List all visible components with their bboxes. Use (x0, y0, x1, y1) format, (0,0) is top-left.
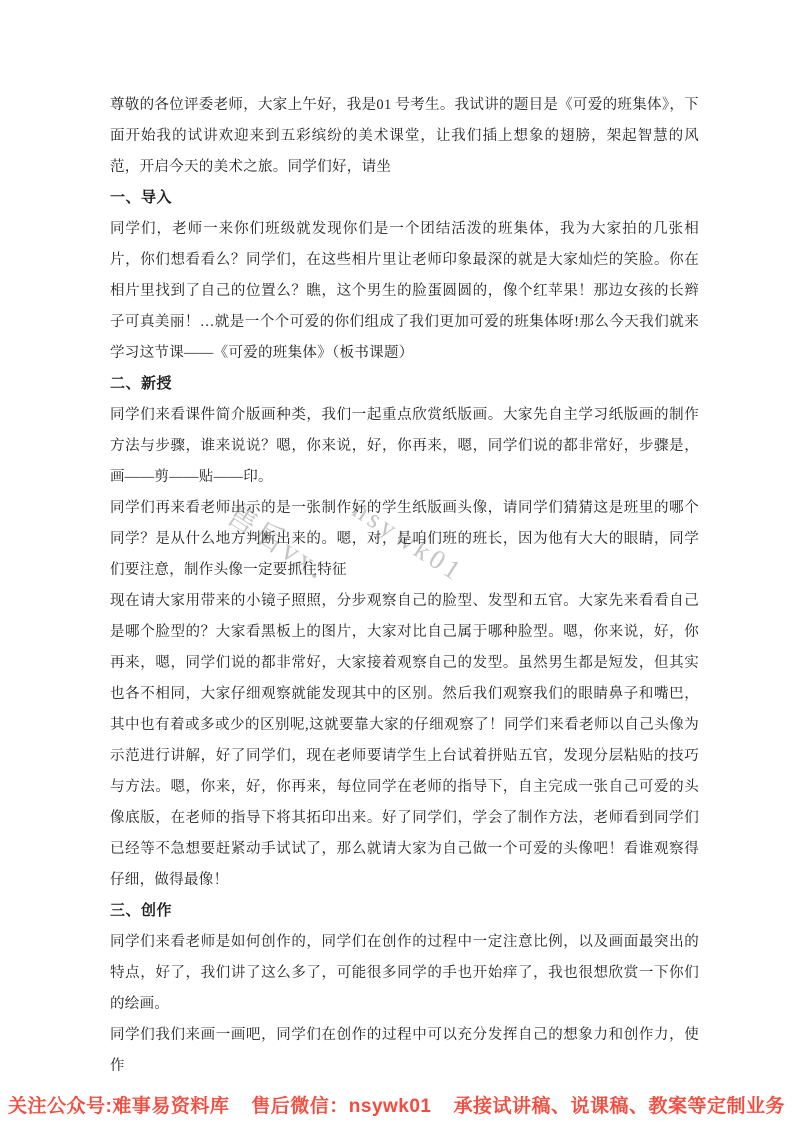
paragraph-mirror-observation: 现在请大家用带来的小镜子照照，分步观察自己的脸型、发型和五官。大家先来看看自己是… (110, 586, 699, 896)
promo-footer: 关注公众号:难事易资料库 售后微信：nsywk01 承接试讲稿、说课稿、教案等定… (8, 1091, 785, 1118)
footer-wechat-contact: 售后微信：nsywk01 (251, 1091, 431, 1118)
paragraph-guess-portrait: 同学们再来看老师出示的是一张制作好的学生纸版画头像，请同学们猜猜这是班里的哪个同… (110, 493, 699, 586)
footer-services: 承接试讲稿、说课稿、教案等定制业务 (453, 1091, 785, 1118)
document-page: 售后vx． nsywk01 尊敬的各位评委老师，大家上午好，我是01 号考生。我… (0, 0, 793, 1122)
heading-section-3-creation: 三、创作 (110, 896, 699, 927)
footer-official-account: 关注公众号:难事易资料库 (8, 1091, 229, 1118)
heading-section-2-new-lesson: 二、新授 (110, 369, 699, 400)
heading-section-1-import: 一、导入 (110, 183, 699, 214)
paragraph-creation-tips: 同学们来看老师是如何创作的，同学们在创作的过程中一定注意比例，以及画面最突出的特… (110, 927, 699, 1020)
paragraph-opening-greeting: 尊敬的各位评委老师，大家上午好，我是01 号考生。我试讲的题目是《可爱的班集体》… (110, 90, 699, 183)
paragraph-import-lead-in: 同学们，老师一来你们班级就发现你们是一个团结活泼的班集体，我为大家拍的几张相片，… (110, 214, 699, 369)
document-body: 尊敬的各位评委老师，大家上午好，我是01 号考生。我试讲的题目是《可爱的班集体》… (110, 90, 699, 1082)
paragraph-print-types-steps: 同学们来看课件简介版画种类，我们一起重点欣赏纸版画。大家先自主学习纸版画的制作方… (110, 400, 699, 493)
paragraph-start-drawing: 同学们我们来画一画吧，同学们在创作的过程中可以充分发挥自己的想象力和创作力，使作 (110, 1020, 699, 1082)
